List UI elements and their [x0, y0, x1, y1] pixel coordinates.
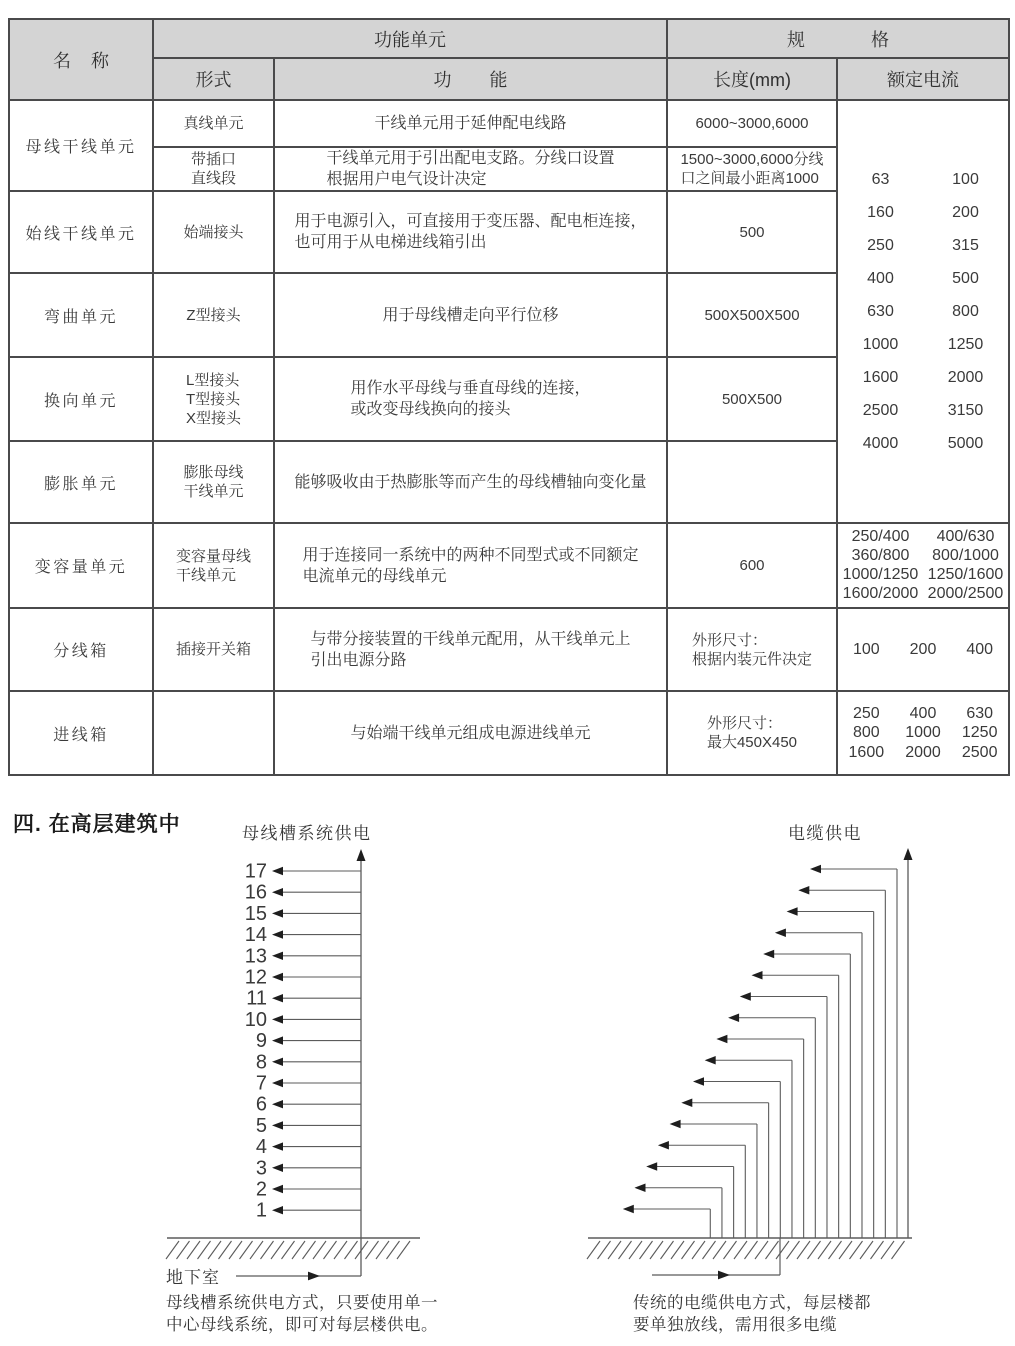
floor-number: 8 [256, 1051, 267, 1073]
cell-current: 25040063080010001250160020002500 [837, 691, 1009, 775]
value-row: 80010001250 [838, 723, 1008, 743]
value: 1250 [951, 724, 1008, 742]
cell-form: 插接开关箱 [153, 608, 274, 691]
text-line: 根据用户电气设计决定 [326, 169, 614, 190]
header-spec-char1: 规 [787, 26, 805, 52]
floor-number: 16 [245, 882, 267, 904]
table-row: 进线箱 与始端干线单元组成电源进线单元 外形尺寸：最大450X450 25040… [9, 691, 1009, 775]
cell-name-expansion-unit: 膨胀单元 [9, 441, 153, 523]
value: 100 [838, 641, 895, 659]
floor-number: 11 [246, 988, 267, 1010]
value: 4000 [838, 435, 923, 453]
floor-number: 5 [256, 1115, 267, 1137]
cell-length: 6000~3000,6000 [667, 100, 837, 147]
header-length: 长度(mm) [667, 58, 837, 100]
cell-form: 变容量母线干线单元 [153, 523, 274, 608]
cell-length: 500X500 [667, 357, 837, 441]
value-row: 1000/12501250/1600 [838, 566, 1008, 585]
value: 800 [923, 303, 1008, 321]
value: 3150 [923, 402, 1008, 420]
cell-form-empty [153, 691, 274, 775]
cell-function: 与始端干线单元组成电源进线单元 [274, 691, 667, 775]
highrise-diagrams: 1716151413121110987654321 [0, 836, 1015, 1296]
value-row: 630800 [838, 295, 1008, 328]
value-row: 160020002500 [838, 743, 1008, 763]
text-line: 500X500X500 [704, 306, 799, 325]
text-line: 1500~3000,6000分线 [680, 150, 823, 169]
cell-function: 用于电源引入，可直接用于变压器、配电柜连接，也可用于从电梯进线箱引出 [274, 191, 667, 273]
value-row: 100200400 [838, 640, 1008, 660]
floor-number: 6 [256, 1094, 267, 1116]
text-line: 600 [739, 556, 764, 575]
header-current: 额定电流 [837, 58, 1009, 100]
cell-form: 膨胀母线干线单元 [153, 441, 274, 523]
text-line: 外形尺寸： [692, 631, 812, 650]
cell-name-direction-unit: 换向单元 [9, 357, 153, 441]
text-line: 根据内装元件决定 [692, 650, 812, 669]
floor-number: 15 [245, 903, 267, 925]
value: 400 [951, 641, 1008, 659]
value: 400 [895, 705, 952, 723]
cell-name-tap-box: 分线箱 [9, 608, 153, 691]
value: 200 [895, 641, 952, 659]
value: 1250/1600 [923, 566, 1008, 584]
value: 315 [923, 237, 1008, 255]
header-func-unit: 功能单元 [153, 19, 667, 58]
value: 400/630 [923, 528, 1008, 546]
text-line: 外形尺寸： [707, 714, 797, 733]
spec-table: 名 称 功能单元 规 格 形式 功 能 长度(mm) 额定电流 母线干线单元 真… [8, 18, 1010, 776]
value: 250 [838, 237, 923, 255]
text-line: 或改变母线换向的接头 [350, 399, 590, 420]
value: 2000 [923, 369, 1008, 387]
value-row: 40005000 [838, 427, 1008, 460]
text-line: 中心母线系统，即可对每层楼供电。 [166, 1314, 438, 1336]
cell-form: 带插口直线段 [153, 147, 274, 191]
floor-number: 4 [256, 1136, 267, 1158]
text-line: 能够吸收由于热膨胀等而产生的母线槽轴向变化量 [294, 472, 646, 493]
value: 1600/2000 [838, 585, 923, 603]
floor-number: 10 [245, 1009, 267, 1031]
value: 1000 [838, 336, 923, 354]
table-row: 变容量单元 变容量母线干线单元 用于连接同一系统中的两种不同型式或不同额定电流单… [9, 523, 1009, 608]
value: 800 [838, 724, 895, 742]
value: 800/1000 [923, 547, 1008, 565]
text-line: Z型接头 [186, 306, 240, 325]
text-line: 电流单元的母线单元 [302, 566, 638, 587]
header-spec: 规 格 [667, 19, 1009, 58]
floor-number: 13 [245, 945, 267, 967]
text-line: 500X500 [722, 390, 782, 409]
header-name-char1: 名 [53, 47, 71, 73]
cell-form: L型接头T型接头X型接头 [153, 357, 274, 441]
text-line: 真线单元 [183, 114, 243, 133]
text-line: 始端接头 [183, 223, 243, 242]
floor-number: 9 [256, 1030, 267, 1052]
cell-length: 600 [667, 523, 837, 608]
value: 1000/1250 [838, 566, 923, 584]
cell-length: 500X500X500 [667, 273, 837, 357]
text-line: 用于连接同一系统中的两种不同型式或不同额定 [302, 545, 638, 566]
cable-caption: 传统的电缆供电方式，每层楼都要单独放线，需用很多电缆 [633, 1292, 871, 1336]
cell-name-busway-trunk: 母线干线单元 [9, 100, 153, 191]
value-row: 160200 [838, 196, 1008, 229]
header-spec-char2: 格 [871, 26, 889, 52]
value-row: 400500 [838, 262, 1008, 295]
text-line: 变容量母线 [176, 547, 251, 566]
value: 250 [838, 705, 895, 723]
value: 1000 [895, 724, 952, 742]
value: 2000 [895, 744, 952, 762]
value-row: 250/400400/630 [838, 528, 1008, 547]
header-name-char2: 称 [91, 47, 109, 73]
value: 400 [838, 270, 923, 288]
cell-function: 干线单元用于引出配电支路。分线口设置根据用户电气设计决定 [274, 147, 667, 191]
cell-form: 始端接头 [153, 191, 274, 273]
header-function: 功 能 [274, 58, 667, 100]
text-line: 口之间最小距离1000 [680, 169, 823, 188]
value: 1250 [923, 336, 1008, 354]
value: 63 [838, 171, 923, 189]
value: 1600 [838, 744, 895, 762]
floor-number: 14 [245, 924, 267, 946]
floor-number: 7 [256, 1073, 267, 1095]
floor-number: 3 [256, 1157, 267, 1179]
value: 2500 [951, 744, 1008, 762]
value: 2000/2500 [923, 585, 1008, 603]
text-line: 也可用于从电梯进线箱引出 [294, 232, 646, 253]
value-row: 63100 [838, 163, 1008, 196]
cell-function: 与带分接装置的干线单元配用，从干线单元上引出电源分路 [274, 608, 667, 691]
cell-function: 用于母线槽走向平行位移 [274, 273, 667, 357]
text-line: 带插口 [191, 150, 236, 169]
cell-name-capacity-unit: 变容量单元 [9, 523, 153, 608]
cell-function: 用于连接同一系统中的两种不同型式或不同额定电流单元的母线单元 [274, 523, 667, 608]
header-name: 名 称 [9, 19, 153, 100]
section-heading: 四. 在高层建筑中 [13, 808, 181, 838]
text-line: 用于电源引入，可直接用于变压器、配电柜连接， [294, 211, 646, 232]
text-line: 干线单元用于延伸配电线路 [374, 113, 566, 134]
header-function-char1: 功 [434, 66, 452, 92]
value: 2500 [838, 402, 923, 420]
cell-current-main: 6310016020025031540050063080010001250160… [837, 100, 1009, 523]
text-line: 干线单元用于引出配电支路。分线口设置 [326, 148, 614, 169]
text-line: 干线单元 [176, 566, 251, 585]
value: 200 [923, 204, 1008, 222]
table-row: 分线箱 插接开关箱 与带分接装置的干线单元配用，从干线单元上引出电源分路 外形尺… [9, 608, 1009, 691]
text-line: 要单独放线，需用很多电缆 [633, 1314, 871, 1336]
cell-current: 100200400 [837, 608, 1009, 691]
value: 5000 [923, 435, 1008, 453]
cell-form: Z型接头 [153, 273, 274, 357]
value-row: 1600/20002000/2500 [838, 585, 1008, 604]
value: 250/400 [838, 528, 923, 546]
cell-name-bend-unit: 弯曲单元 [9, 273, 153, 357]
cell-name-incoming-box: 进线箱 [9, 691, 153, 775]
text-line: T型接头 [186, 390, 241, 409]
text-line: 6000~3000,6000 [695, 114, 808, 133]
text-line: 引出电源分路 [310, 650, 630, 671]
value: 160 [838, 204, 923, 222]
text-line: 用于母线槽走向平行位移 [382, 305, 558, 326]
cell-form: 真线单元 [153, 100, 274, 147]
value: 360/800 [838, 547, 923, 565]
text-line: 用作水平母线与垂直母线的连接， [350, 378, 590, 399]
floor-number: 17 [245, 861, 267, 883]
text-line: X型接头 [186, 409, 241, 428]
cell-function: 用作水平母线与垂直母线的连接，或改变母线换向的接头 [274, 357, 667, 441]
value-row: 25003150 [838, 394, 1008, 427]
value: 630 [838, 303, 923, 321]
value: 100 [923, 171, 1008, 189]
value: 1600 [838, 369, 923, 387]
cell-length: 500 [667, 191, 837, 273]
text-line: 最大450X450 [707, 733, 797, 752]
cell-length [667, 441, 837, 523]
cell-function: 干线单元用于延伸配电线路 [274, 100, 667, 147]
catalog-page: { "table": { "header": { "name_1": "名", … [0, 0, 1015, 1346]
value-row: 250315 [838, 229, 1008, 262]
floor-number: 2 [256, 1179, 267, 1201]
cell-length: 外形尺寸：根据内装元件决定 [667, 608, 837, 691]
text-line: 干线单元 [183, 482, 243, 501]
cell-current: 250/400400/630360/800800/10001000/125012… [837, 523, 1009, 608]
busway-caption: 母线槽系统供电方式，只要使用单一中心母线系统，即可对每层楼供电。 [166, 1292, 438, 1336]
text-line: 直线段 [191, 169, 236, 188]
value-row: 360/800800/1000 [838, 547, 1008, 566]
value: 500 [923, 270, 1008, 288]
text-line: 500 [739, 223, 764, 242]
floor-number: 1 [256, 1200, 267, 1222]
cell-function: 能够吸收由于热膨胀等而产生的母线槽轴向变化量 [274, 441, 667, 523]
text-line: 与始端干线单元组成电源进线单元 [350, 723, 590, 744]
value-row: 250400630 [838, 704, 1008, 724]
value-row: 10001250 [838, 328, 1008, 361]
cell-length: 外形尺寸：最大450X450 [667, 691, 837, 775]
text-line: 膨胀母线 [183, 463, 243, 482]
cell-name-feed-trunk: 始线干线单元 [9, 191, 153, 273]
cell-length: 1500~3000,6000分线口之间最小距离1000 [667, 147, 837, 191]
text-line: 插接开关箱 [176, 640, 251, 659]
floor-number: 12 [245, 967, 267, 989]
value: 630 [951, 705, 1008, 723]
text-line: 与带分接装置的干线单元配用，从干线单元上 [310, 629, 630, 650]
value-row: 16002000 [838, 361, 1008, 394]
header-form: 形式 [153, 58, 274, 100]
table-row: 母线干线单元 真线单元 干线单元用于延伸配电线路 6000~3000,6000 … [9, 100, 1009, 147]
text-line: L型接头 [186, 371, 241, 390]
header-function-char2: 能 [490, 66, 508, 92]
